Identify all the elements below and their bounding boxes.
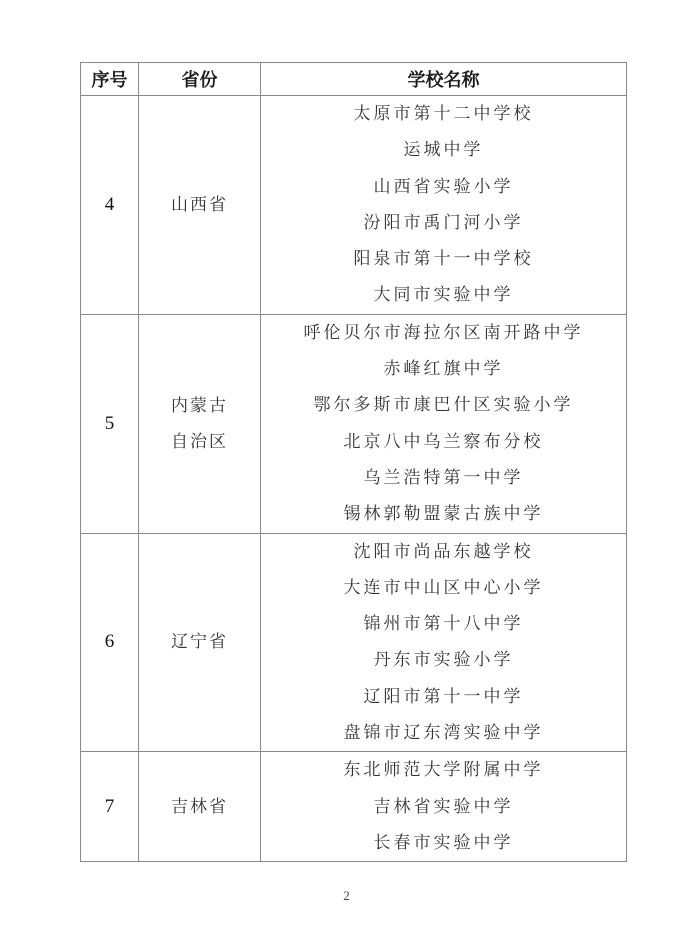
school-name: 山西省实验小学 [261, 169, 626, 205]
school-name: 赤峰红旗中学 [261, 351, 626, 387]
table-row-group-5: 5 内蒙古 自治区 呼伦贝尔市海拉尔区南开路中学 赤峰红旗中学 鄂尔多斯市康巴什… [81, 314, 627, 533]
row-index: 6 [81, 533, 139, 752]
school-name: 乌兰浩特第一中学 [261, 460, 626, 496]
school-name: 汾阳市禹门河小学 [261, 205, 626, 241]
school-name: 北京八中乌兰察布分校 [261, 424, 626, 460]
row-index: 4 [81, 96, 139, 315]
school-name: 丹东市实验小学 [261, 642, 626, 678]
school-name: 大同市实验中学 [261, 277, 626, 313]
school-list: 沈阳市尚品东越学校 大连市中山区中心小学 锦州市第十八中学 丹东市实验小学 辽阳… [261, 533, 627, 752]
province-line: 山西省 [139, 187, 260, 223]
row-index: 5 [81, 314, 139, 533]
school-list: 呼伦贝尔市海拉尔区南开路中学 赤峰红旗中学 鄂尔多斯市康巴什区实验小学 北京八中… [261, 314, 627, 533]
school-name: 太原市第十二中学校 [261, 96, 626, 132]
school-name: 沈阳市尚品东越学校 [261, 534, 626, 570]
header-province: 省份 [139, 63, 261, 96]
table-row-group-4: 4 山西省 太原市第十二中学校 运城中学 山西省实验小学 汾阳市禹门河小学 阳泉… [81, 96, 627, 315]
page-number: 2 [0, 888, 693, 904]
school-name: 鄂尔多斯市康巴什区实验小学 [261, 387, 626, 423]
row-index: 7 [81, 752, 139, 862]
province-line: 吉林省 [139, 789, 260, 825]
school-list: 东北师范大学附属中学 吉林省实验中学 长春市实验中学 [261, 752, 627, 862]
school-name: 盘锦市辽东湾实验中学 [261, 715, 626, 751]
province-line: 辽宁省 [139, 624, 260, 660]
schools-table: 序号 省份 学校名称 4 山西省 太原市第十二中学校 运城中学 山西省实验小学 … [80, 62, 627, 862]
school-name: 辽阳市第十一中学 [261, 679, 626, 715]
school-name: 吉林省实验中学 [261, 789, 626, 825]
school-name: 长春市实验中学 [261, 825, 626, 861]
school-list: 太原市第十二中学校 运城中学 山西省实验小学 汾阳市禹门河小学 阳泉市第十一中学… [261, 96, 627, 315]
school-name: 大连市中山区中心小学 [261, 570, 626, 606]
row-province: 山西省 [139, 96, 261, 315]
school-name: 阳泉市第十一中学校 [261, 241, 626, 277]
school-name: 运城中学 [261, 132, 626, 168]
province-line: 自治区 [139, 424, 260, 460]
row-province: 辽宁省 [139, 533, 261, 752]
province-line: 内蒙古 [139, 388, 260, 424]
school-name: 东北师范大学附属中学 [261, 752, 626, 788]
table-row-group-6: 6 辽宁省 沈阳市尚品东越学校 大连市中山区中心小学 锦州市第十八中学 丹东市实… [81, 533, 627, 752]
header-index: 序号 [81, 63, 139, 96]
school-name: 锦州市第十八中学 [261, 606, 626, 642]
row-province: 吉林省 [139, 752, 261, 862]
school-name: 锡林郭勒盟蒙古族中学 [261, 496, 626, 532]
row-province: 内蒙古 自治区 [139, 314, 261, 533]
table-row-group-7: 7 吉林省 东北师范大学附属中学 吉林省实验中学 长春市实验中学 [81, 752, 627, 862]
header-school: 学校名称 [261, 63, 627, 96]
school-name: 呼伦贝尔市海拉尔区南开路中学 [261, 315, 626, 351]
header-row: 序号 省份 学校名称 [81, 63, 627, 96]
